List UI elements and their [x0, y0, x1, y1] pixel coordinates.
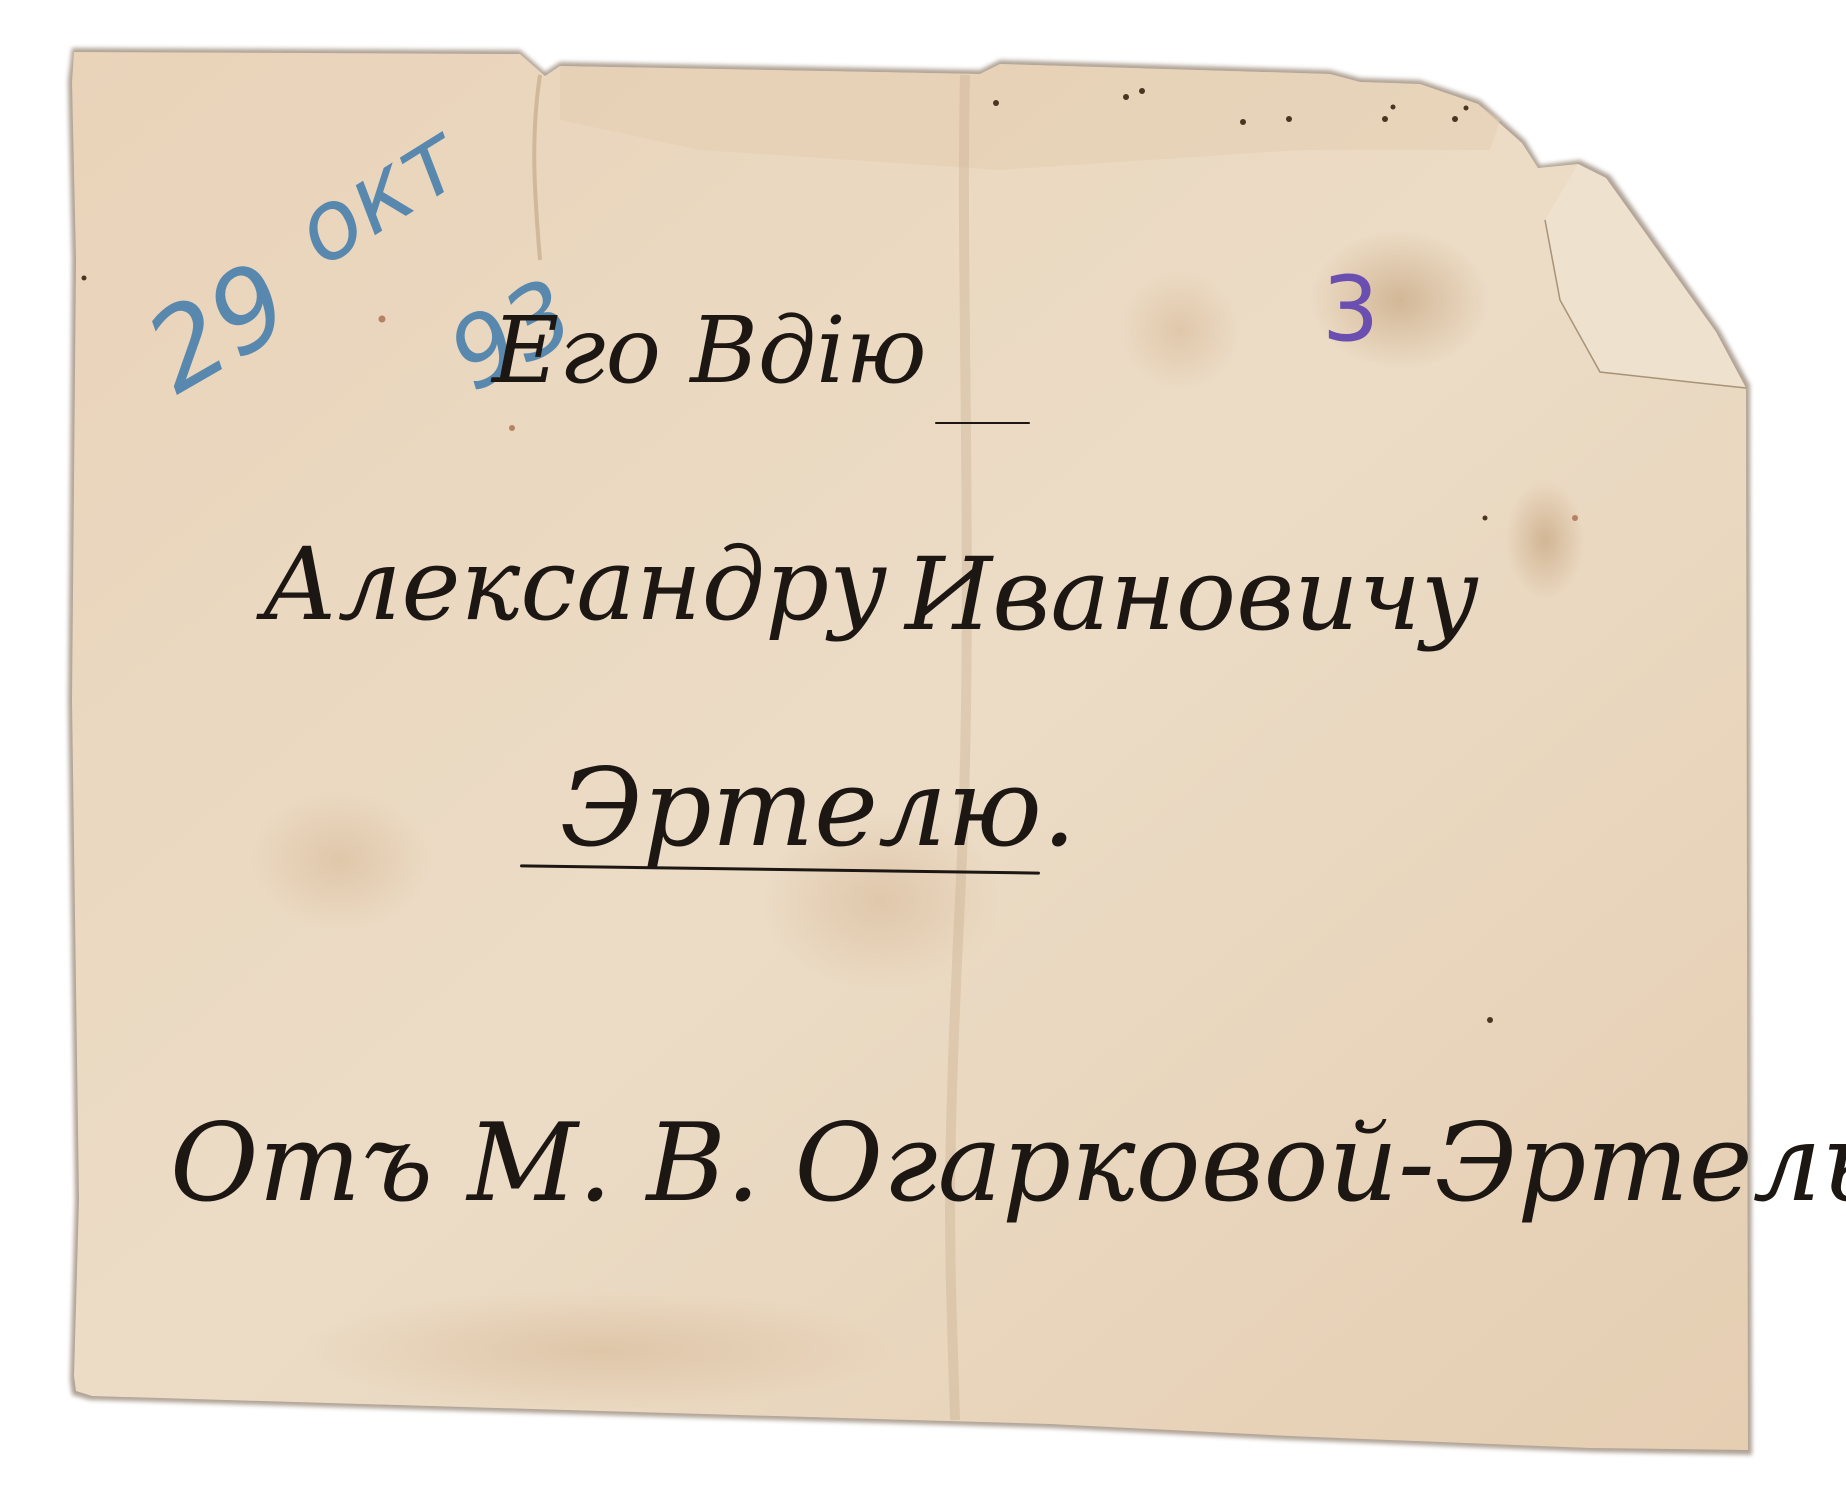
address-honorific: Его Вдію [492, 305, 927, 397]
envelope: 29 окт 93 3 Его Вдію Александру Иванович… [0, 0, 1846, 1486]
address-patronymic: Ивановичу [905, 545, 1479, 645]
sender-line: Отъ М. В. Огарковой-Эртель [170, 1110, 1846, 1218]
honorific-underline [935, 422, 1030, 424]
address-surname: Эртелю. [560, 755, 1076, 863]
address-first-name: Александру [262, 535, 887, 635]
annotation-folio-number: 3 [1322, 265, 1379, 355]
envelope-paper [0, 0, 1846, 1486]
